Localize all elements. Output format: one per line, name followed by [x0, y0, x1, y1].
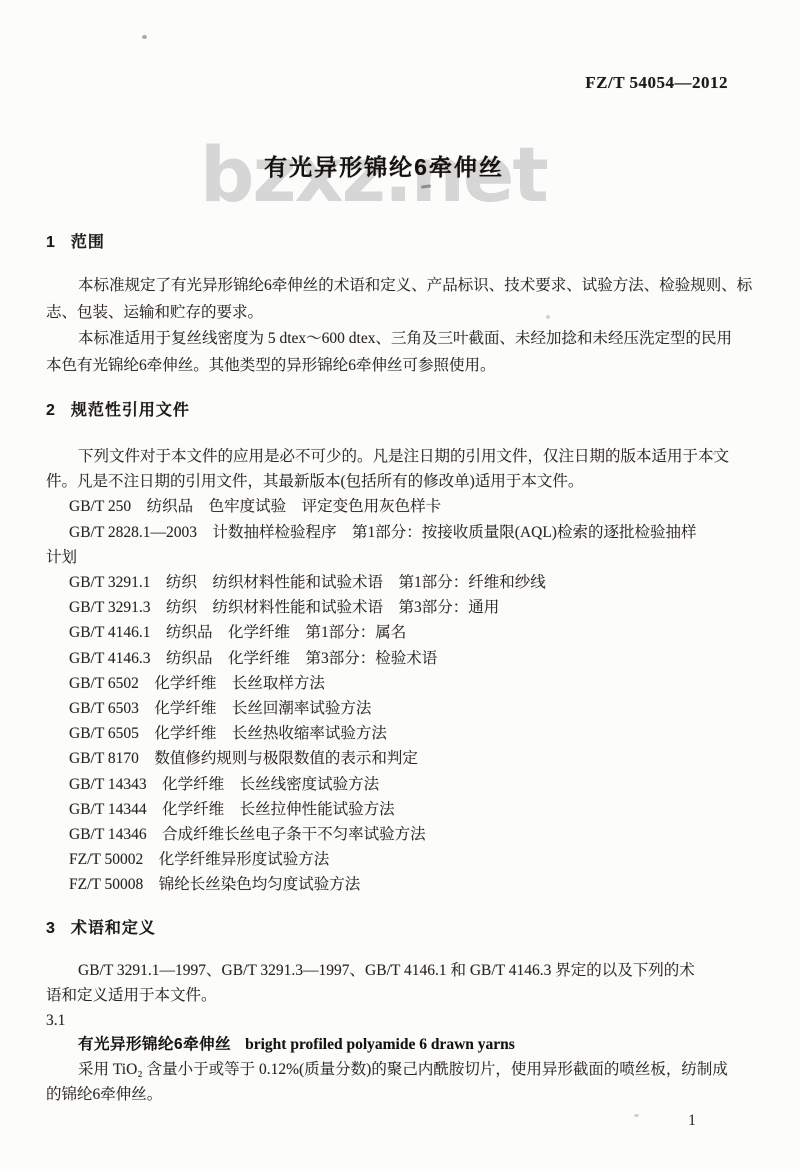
section-3-heading: 3术语和定义: [46, 915, 156, 938]
term-chinese: 有光异形锦纶6牵伸丝: [78, 1036, 231, 1053]
reference-item: GB/T 8170 数值修约规则与极限数值的表示和判定: [46, 746, 762, 771]
document-page: FZ/T 54054—2012 bzxz.net 有光异形锦纶6牵伸丝 1范围 …: [0, 0, 800, 1169]
reference-item: GB/T 250 纺织品 色牢度试验 评定变色用灰色样卡: [46, 494, 762, 519]
reference-item: GB/T 3291.3 纺织 纺织材料性能和试验术语 第3部分：通用: [46, 595, 762, 620]
section-1-body: 本标准规定了有光异形锦纶6牵伸丝的术语和定义、产品标识、技术要求、试验方法、检验…: [46, 273, 762, 379]
reference-item: GB/T 2828.1—2003 计数抽样检验程序 第1部分：按接收质量限(AQ…: [46, 520, 762, 545]
section-2-body: 下列文件对于本文件的应用是必不可少的。凡是注日期的引用文件，仅注日期的版本适用于…: [46, 444, 762, 898]
text-line: 下列文件对于本文件的应用是必不可少的。凡是注日期的引用文件，仅注日期的版本适用于…: [46, 444, 762, 469]
reference-item-wrap: 计划: [46, 545, 762, 570]
reference-item: GB/T 4146.1 纺织品 化学纤维 第1部分：属名: [46, 620, 762, 645]
clause-number: 3.1: [46, 1009, 762, 1034]
section-1-heading: 1范围: [46, 229, 105, 252]
reference-item: FZ/T 50008 锦纶长丝染色均匀度试验方法: [46, 872, 762, 897]
reference-item: GB/T 14346 合成纤维长丝电子条干不匀率试验方法: [46, 822, 762, 847]
reference-item: GB/T 14343 化学纤维 长丝线密度试验方法: [46, 772, 762, 797]
text-line: 志、包装、运输和贮存的要求。: [46, 300, 762, 327]
reference-item: GB/T 6503 化学纤维 长丝回潮率试验方法: [46, 696, 762, 721]
section-1-number: 1: [46, 234, 56, 251]
text-line: 件。凡是不注日期的引用文件，其最新版本(包括所有的修改单)适用于本文件。: [46, 469, 762, 494]
text-line: 采用 TiO₂ 含量小于或等于 0.12%(质量分数)的聚己内酰胺切片，使用异形…: [46, 1058, 762, 1083]
reference-item: FZ/T 50002 化学纤维异形度试验方法: [46, 847, 762, 872]
text-line: 本标准适用于复丝线密度为 5 dtex～600 dtex、三角及三叶截面、未经加…: [46, 326, 762, 353]
section-3-number: 3: [46, 920, 56, 937]
section-3-title: 术语和定义: [71, 920, 156, 937]
scan-artifact: [142, 35, 147, 39]
reference-item: GB/T 4146.3 纺织品 化学纤维 第3部分：检验术语: [46, 646, 762, 671]
reference-item: GB/T 3291.1 纺织 纺织材料性能和试验术语 第1部分：纤维和纱线: [46, 570, 762, 595]
text-line: 语和定义适用于本文件。: [46, 984, 762, 1009]
page-title: 有光异形锦纶6牵伸丝: [0, 149, 768, 182]
term-entry: 有光异形锦纶6牵伸丝bright profiled polyamide 6 dr…: [46, 1033, 762, 1058]
reference-item: GB/T 6505 化学纤维 长丝热收缩率试验方法: [46, 721, 762, 746]
standard-number: FZ/T 54054—2012: [585, 73, 728, 93]
text-line: 的锦纶6牵伸丝。: [46, 1083, 762, 1108]
reference-item: GB/T 6502 化学纤维 长丝取样方法: [46, 671, 762, 696]
term-english: bright profiled polyamide 6 drawn yarns: [245, 1036, 515, 1053]
section-2-heading: 2规范性引用文件: [46, 397, 190, 420]
text-line: 本色有光锦纶6牵伸丝。其他类型的异形锦纶6牵伸丝可参照使用。: [46, 353, 762, 380]
section-3-body: GB/T 3291.1—1997、GB/T 3291.3—1997、GB/T 4…: [46, 959, 762, 1108]
section-2-title: 规范性引用文件: [71, 402, 190, 419]
text-line: GB/T 3291.1—1997、GB/T 3291.3—1997、GB/T 4…: [46, 959, 762, 984]
page-number: 1: [688, 1112, 696, 1130]
text-line: 本标准规定了有光异形锦纶6牵伸丝的术语和定义、产品标识、技术要求、试验方法、检验…: [46, 273, 762, 300]
section-1-title: 范围: [71, 234, 105, 251]
section-2-number: 2: [46, 402, 56, 419]
scan-artifact: [634, 1114, 639, 1117]
reference-item: GB/T 14344 化学纤维 长丝拉伸性能试验方法: [46, 797, 762, 822]
